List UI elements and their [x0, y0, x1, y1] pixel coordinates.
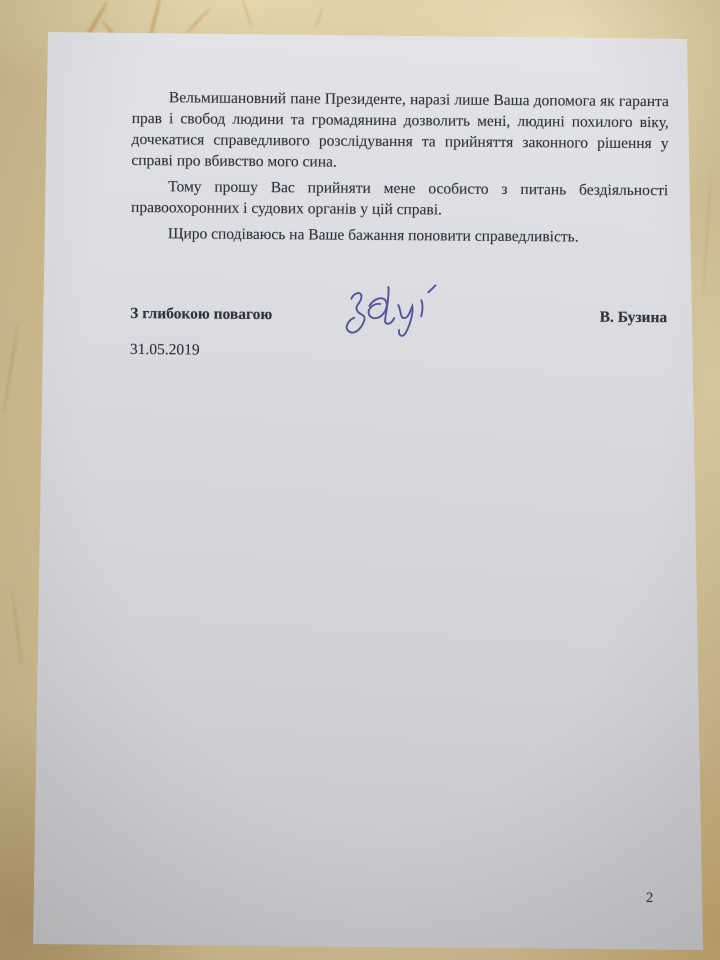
letter-date: 31.05.2019 — [130, 339, 667, 364]
letter-paragraph: Тому прошу Вас прийняти мене особисто з … — [131, 176, 668, 222]
page-number: 2 — [646, 890, 653, 907]
marble-vein — [3, 320, 20, 415]
signature-row: З глибокою повагою В. Бузина — [130, 303, 667, 329]
handwritten-signature-icon — [335, 279, 444, 346]
signatory-name: В. Бузина — [600, 307, 668, 329]
letter-paragraph: Щиро сподіваюсь на Ваше бажання поновити… — [131, 223, 668, 248]
letter-paragraph: Вельмишановний пане Президенте, наразі л… — [131, 87, 669, 175]
marble-vein — [701, 170, 712, 300]
marble-vein — [314, 6, 324, 29]
letter-page: Вельмишановний пане Президенте, наразі л… — [33, 30, 705, 952]
letter-body: Вельмишановний пане Президенте, наразі л… — [130, 87, 669, 364]
marble-vein — [11, 590, 22, 668]
closing-phrase: З глибокою повагою — [130, 303, 272, 325]
marble-vein — [182, 7, 211, 37]
photo-background: Вельмишановний пане Президенте, наразі л… — [0, 0, 720, 960]
marble-vein — [241, 0, 252, 28]
